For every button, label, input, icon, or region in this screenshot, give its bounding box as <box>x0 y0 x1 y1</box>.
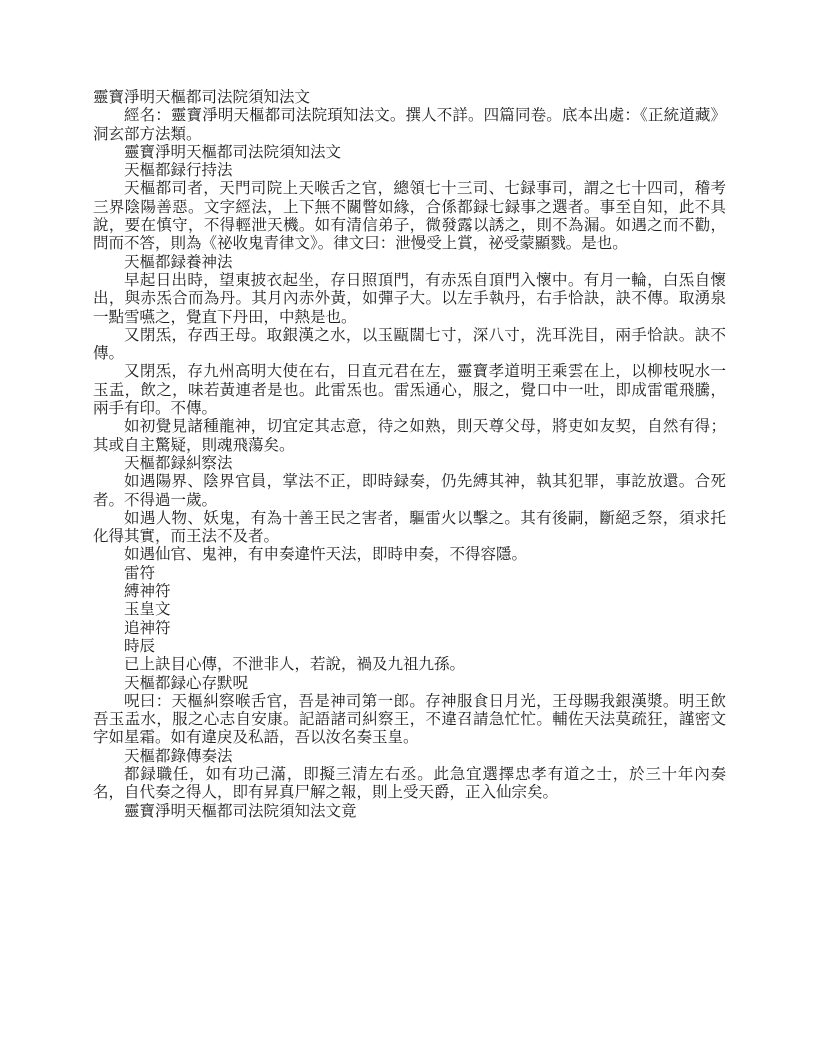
paragraph: 玉皇文 <box>93 601 726 619</box>
paragraph: 靈寶淨明天樞都司法院須知法文竟 <box>93 803 726 821</box>
paragraph: 如遇人物、妖鬼，有為十善王民之害者，驅雷火以擊之。其有後嗣，斷絕乏祭，須求托化得… <box>93 510 726 547</box>
paragraph: 如遇仙官、鬼神，有申奏違忤天法，即時申奏，不得容隱。 <box>93 546 726 564</box>
paragraph: 天樞都録糾察法 <box>93 455 726 473</box>
paragraph: 經名：靈寶淨明天樞都司法院頊知法文。撰人不詳。四篇同卷。底本出處：《正統道藏》洞… <box>93 107 726 144</box>
document-title: 靈寶淨明天樞都司法院須知法文 <box>93 89 726 107</box>
paragraph: 天樞都司者，天門司院上天喉舌之官，總領七十三司、七録事司，謂之七十四司，稽考三界… <box>93 180 726 253</box>
paragraph: 呪曰：天樞糾察喉舌官，吾是神司第一郎。存神服食日月光，王母賜我銀漢漿。明王飲吾玉… <box>93 693 726 748</box>
paragraph: 天樞都録心存默呪 <box>93 675 726 693</box>
paragraph: 時辰 <box>93 638 726 656</box>
paragraph: 又閉炁，存西王母。取銀漢之水，以玉甌闊七寸，深八寸，洗耳洗目，兩手恰訣。訣不傳。 <box>93 327 726 364</box>
paragraph: 又閉炁，存九州高明大使在右，日直元君在左，靈寶孝道明王乘雲在上，以柳枝呪水一玉盂… <box>93 363 726 418</box>
paragraph: 如遇陽界、陰界官員，掌法不正，即時録奏，仍先縛其神，執其犯罪，事訖放還。合死者。… <box>93 473 726 510</box>
paragraph: 天樞都録養神法 <box>93 254 726 272</box>
paragraph: 早起日出時，望東披衣起坐，存日照頂門，有赤炁自頂門入懷中。有月一輪，白炁自懷出，… <box>93 272 726 327</box>
paragraph: 天樞都録行持法 <box>93 162 726 180</box>
document-body: 靈寶淨明天樞都司法院須知法文經名：靈寶淨明天樞都司法院頊知法文。撰人不詳。四篇同… <box>93 89 726 821</box>
paragraph: 如初覺見諸種龍神，切宜定其志意，待之如熟，則天尊父母，將吏如友契，自然有得；其或… <box>93 418 726 455</box>
paragraph: 靈寶淨明天樞都司法院須知法文 <box>93 144 726 162</box>
paragraph: 已上訣目心傳，不泄非人，若說，禍及九祖九孫。 <box>93 656 726 674</box>
paragraph: 縛神符 <box>93 583 726 601</box>
paragraph: 追神符 <box>93 620 726 638</box>
paragraph: 天樞都錄傳奏法 <box>93 748 726 766</box>
document-page: 靈寶淨明天樞都司法院須知法文經名：靈寶淨明天樞都司法院頊知法文。撰人不詳。四篇同… <box>0 0 816 1056</box>
paragraph: 雷符 <box>93 565 726 583</box>
paragraph: 都録職任，如有功己滿，即擬三清左右丞。此急宜選擇忠孝有道之士，於三十年內奏名，自… <box>93 766 726 803</box>
